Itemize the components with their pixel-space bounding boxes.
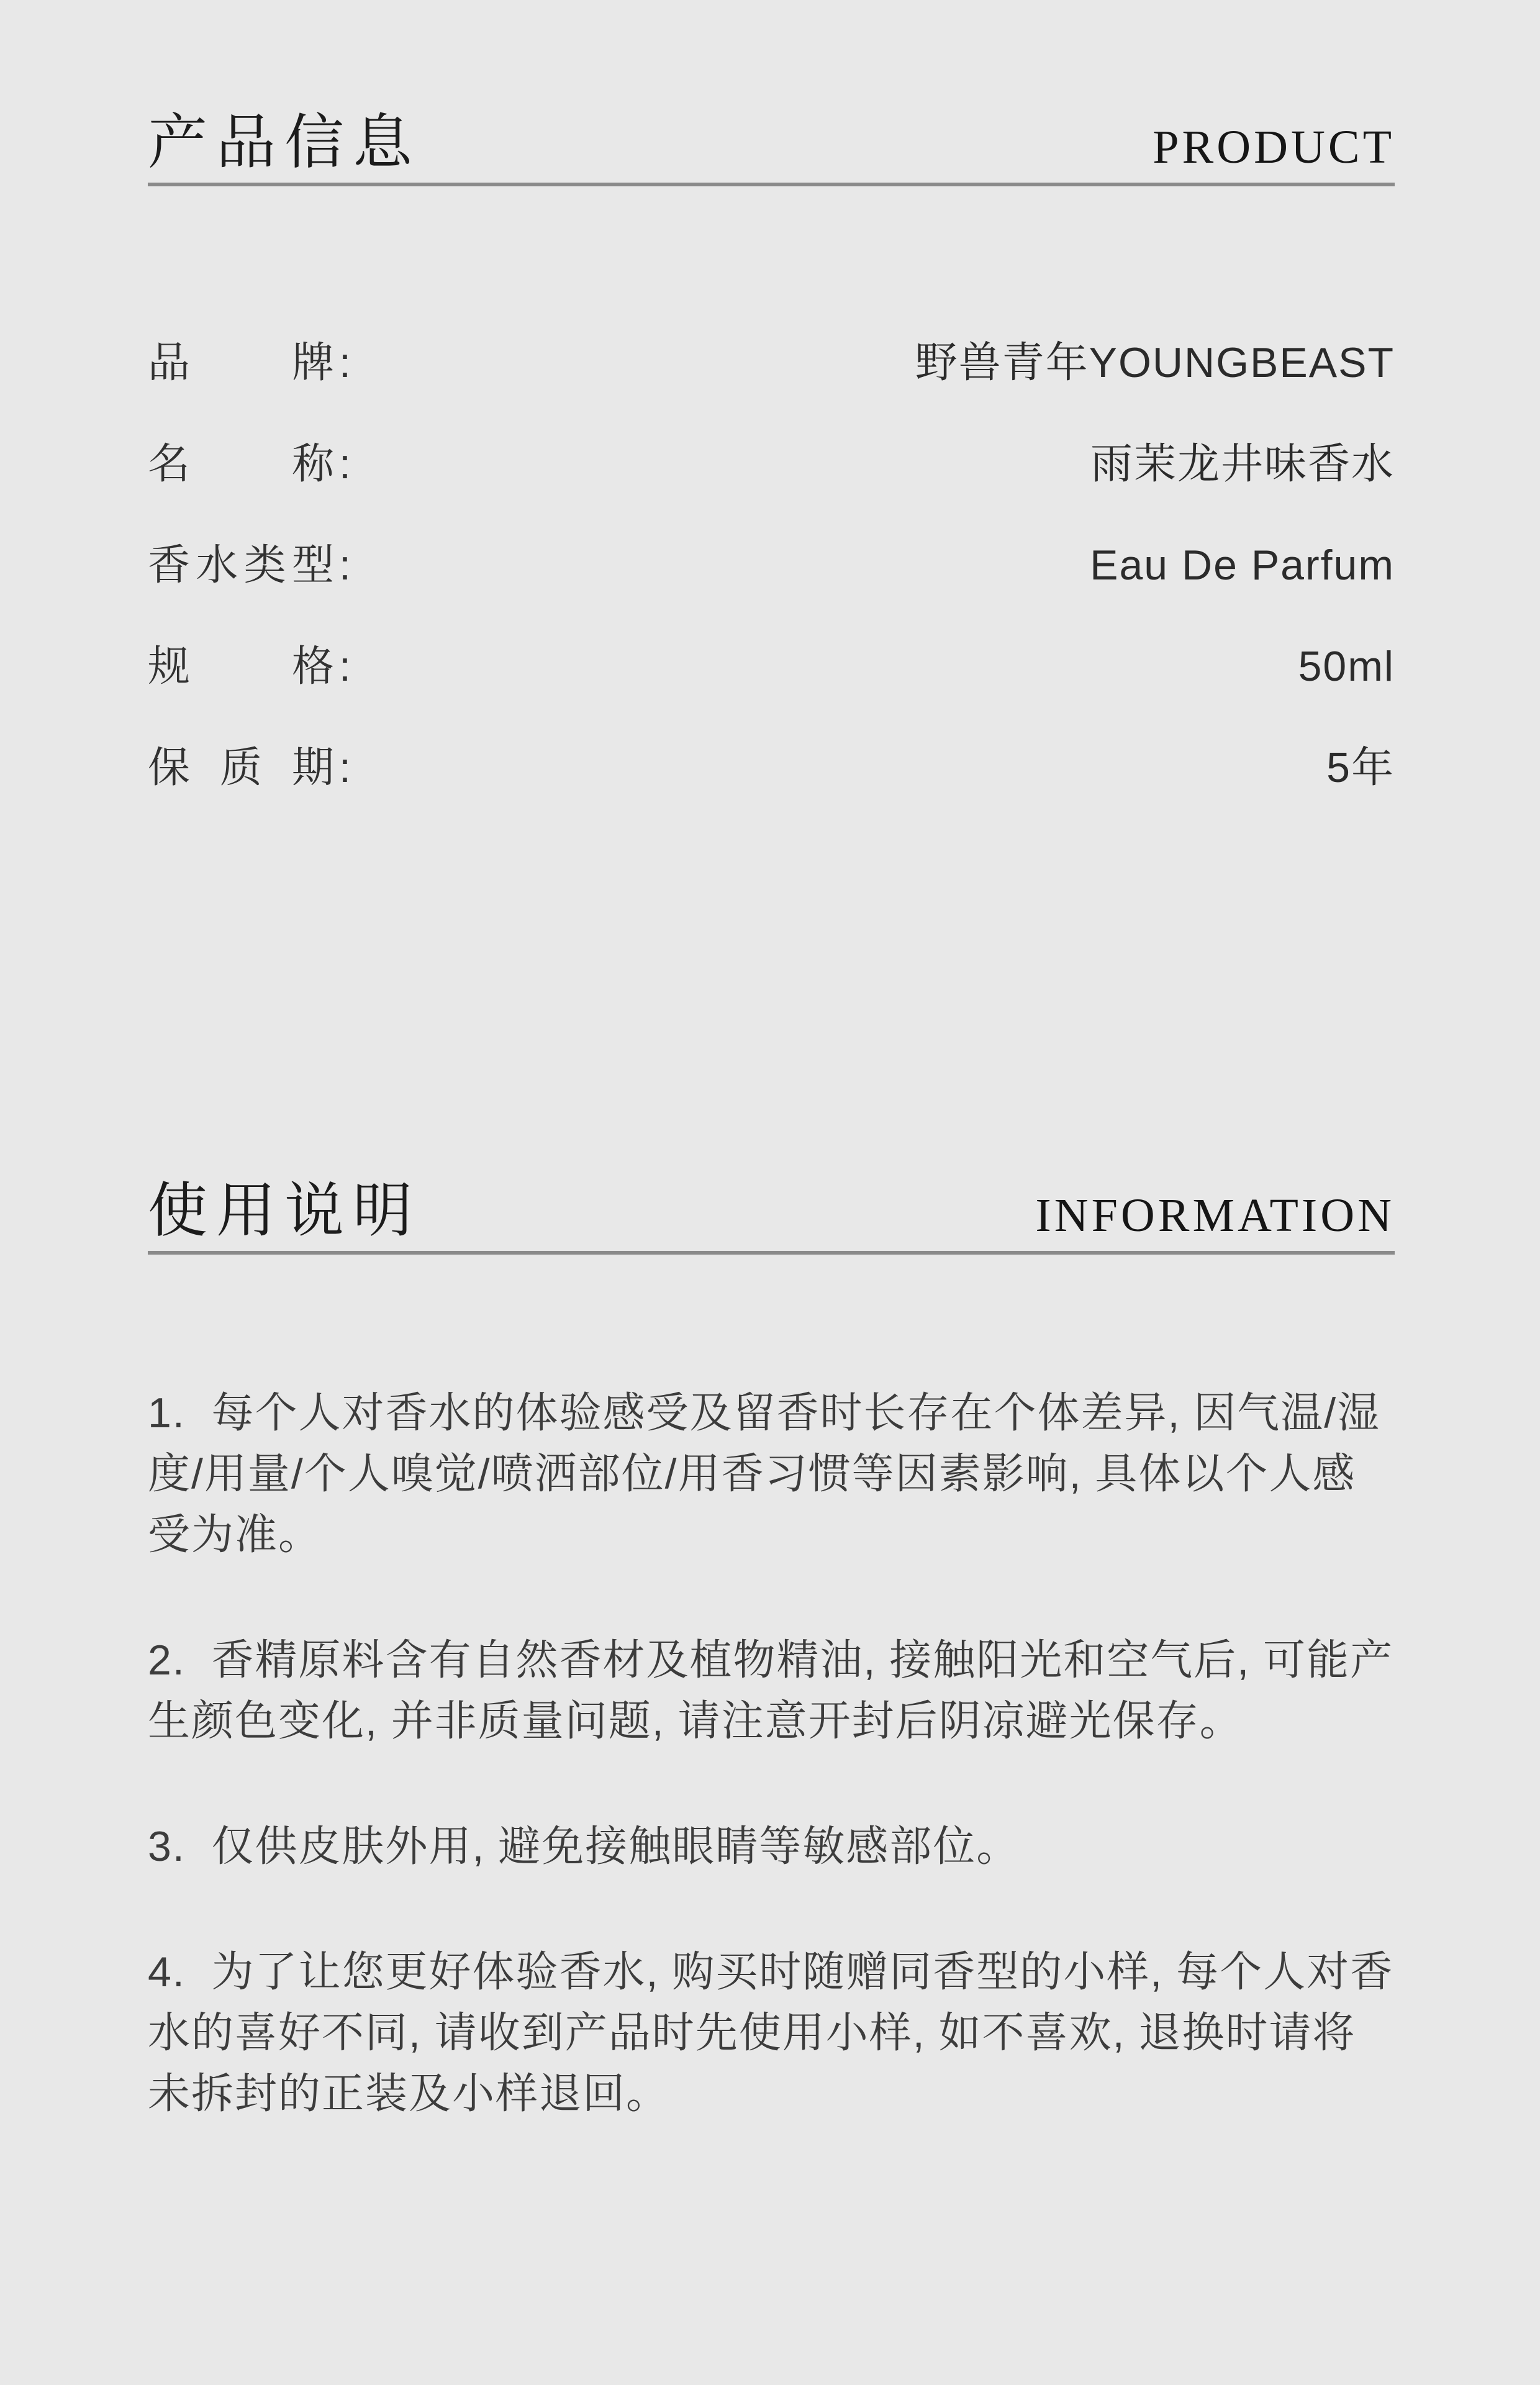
product-info-title-en: PRODUCT [1153,124,1395,171]
usage-note-2: 2. 香精原料含有自然香材及植物精油, 接触阳光和空气后, 可能产生颜色变化, … [148,1630,1395,1751]
usage-info-header-row: 使用说明 INFORMATION [148,1181,1395,1241]
usage-info-underline [148,1251,1395,1255]
usage-info-title-cn: 使用说明 [148,1181,421,1241]
usage-note-4: 4. 为了让您更好体验香水, 购买时随赠同香型的小样, 每个人对香水的喜好不同,… [148,1942,1395,2124]
usage-notes-list: 1. 每个人对香水的体验感受及留香时长存在个体差异, 因气温/湿度/用量/个人嗅… [148,1383,1395,2189]
label-colon: : [339,643,351,690]
label-colon: : [339,339,351,386]
spec-value-volume: 50ml [1298,645,1395,688]
spec-label-perfume-type: 香水类型: [148,544,351,586]
product-info-header: 产品信息 PRODUCT [148,113,1395,186]
spec-value-shelf-life: 5年 [1326,747,1395,789]
spec-value-name: 雨茉龙井味香水 [1090,443,1395,485]
usage-note-1: 1. 每个人对香水的体验感受及留香时长存在个体差异, 因气温/湿度/用量/个人嗅… [148,1383,1395,1565]
label-colon: : [339,440,351,488]
usage-note-3: 3. 仅供皮肤外用, 避免接触眼睛等敏感部位。 [148,1816,1395,1877]
product-spec-list: 品牌: 野兽青年YOUNGBEAST 名称: 雨茉龙井味香水 香水类型: Eau… [148,342,1395,848]
spec-row-volume: 规格: 50ml [148,645,1395,688]
spec-row-name: 名称: 雨茉龙井味香水 [148,443,1395,485]
spec-label-volume: 规格: [148,645,351,688]
product-info-title-cn: 产品信息 [148,113,421,173]
spec-value-brand: 野兽青年YOUNGBEAST [915,342,1395,384]
spec-label-shelf-life: 保质期: [148,747,351,789]
spec-label-brand: 品牌: [148,342,351,384]
spec-value-perfume-type: Eau De Parfum [1090,544,1395,586]
product-info-underline [148,183,1395,186]
product-info-header-row: 产品信息 PRODUCT [148,113,1395,173]
usage-info-title-en: INFORMATION [1035,1192,1395,1239]
label-colon: : [339,744,351,791]
usage-info-header: 使用说明 INFORMATION [148,1181,1395,1255]
spec-label-name: 名称: [148,443,351,485]
spec-row-shelf-life: 保质期: 5年 [148,747,1395,789]
spec-row-brand: 品牌: 野兽青年YOUNGBEAST [148,342,1395,384]
product-detail-page: 产品信息 PRODUCT 品牌: 野兽青年YOUNGBEAST 名称: 雨茉龙井… [0,0,1540,2385]
label-colon: : [339,542,351,589]
spec-row-perfume-type: 香水类型: Eau De Parfum [148,544,1395,586]
